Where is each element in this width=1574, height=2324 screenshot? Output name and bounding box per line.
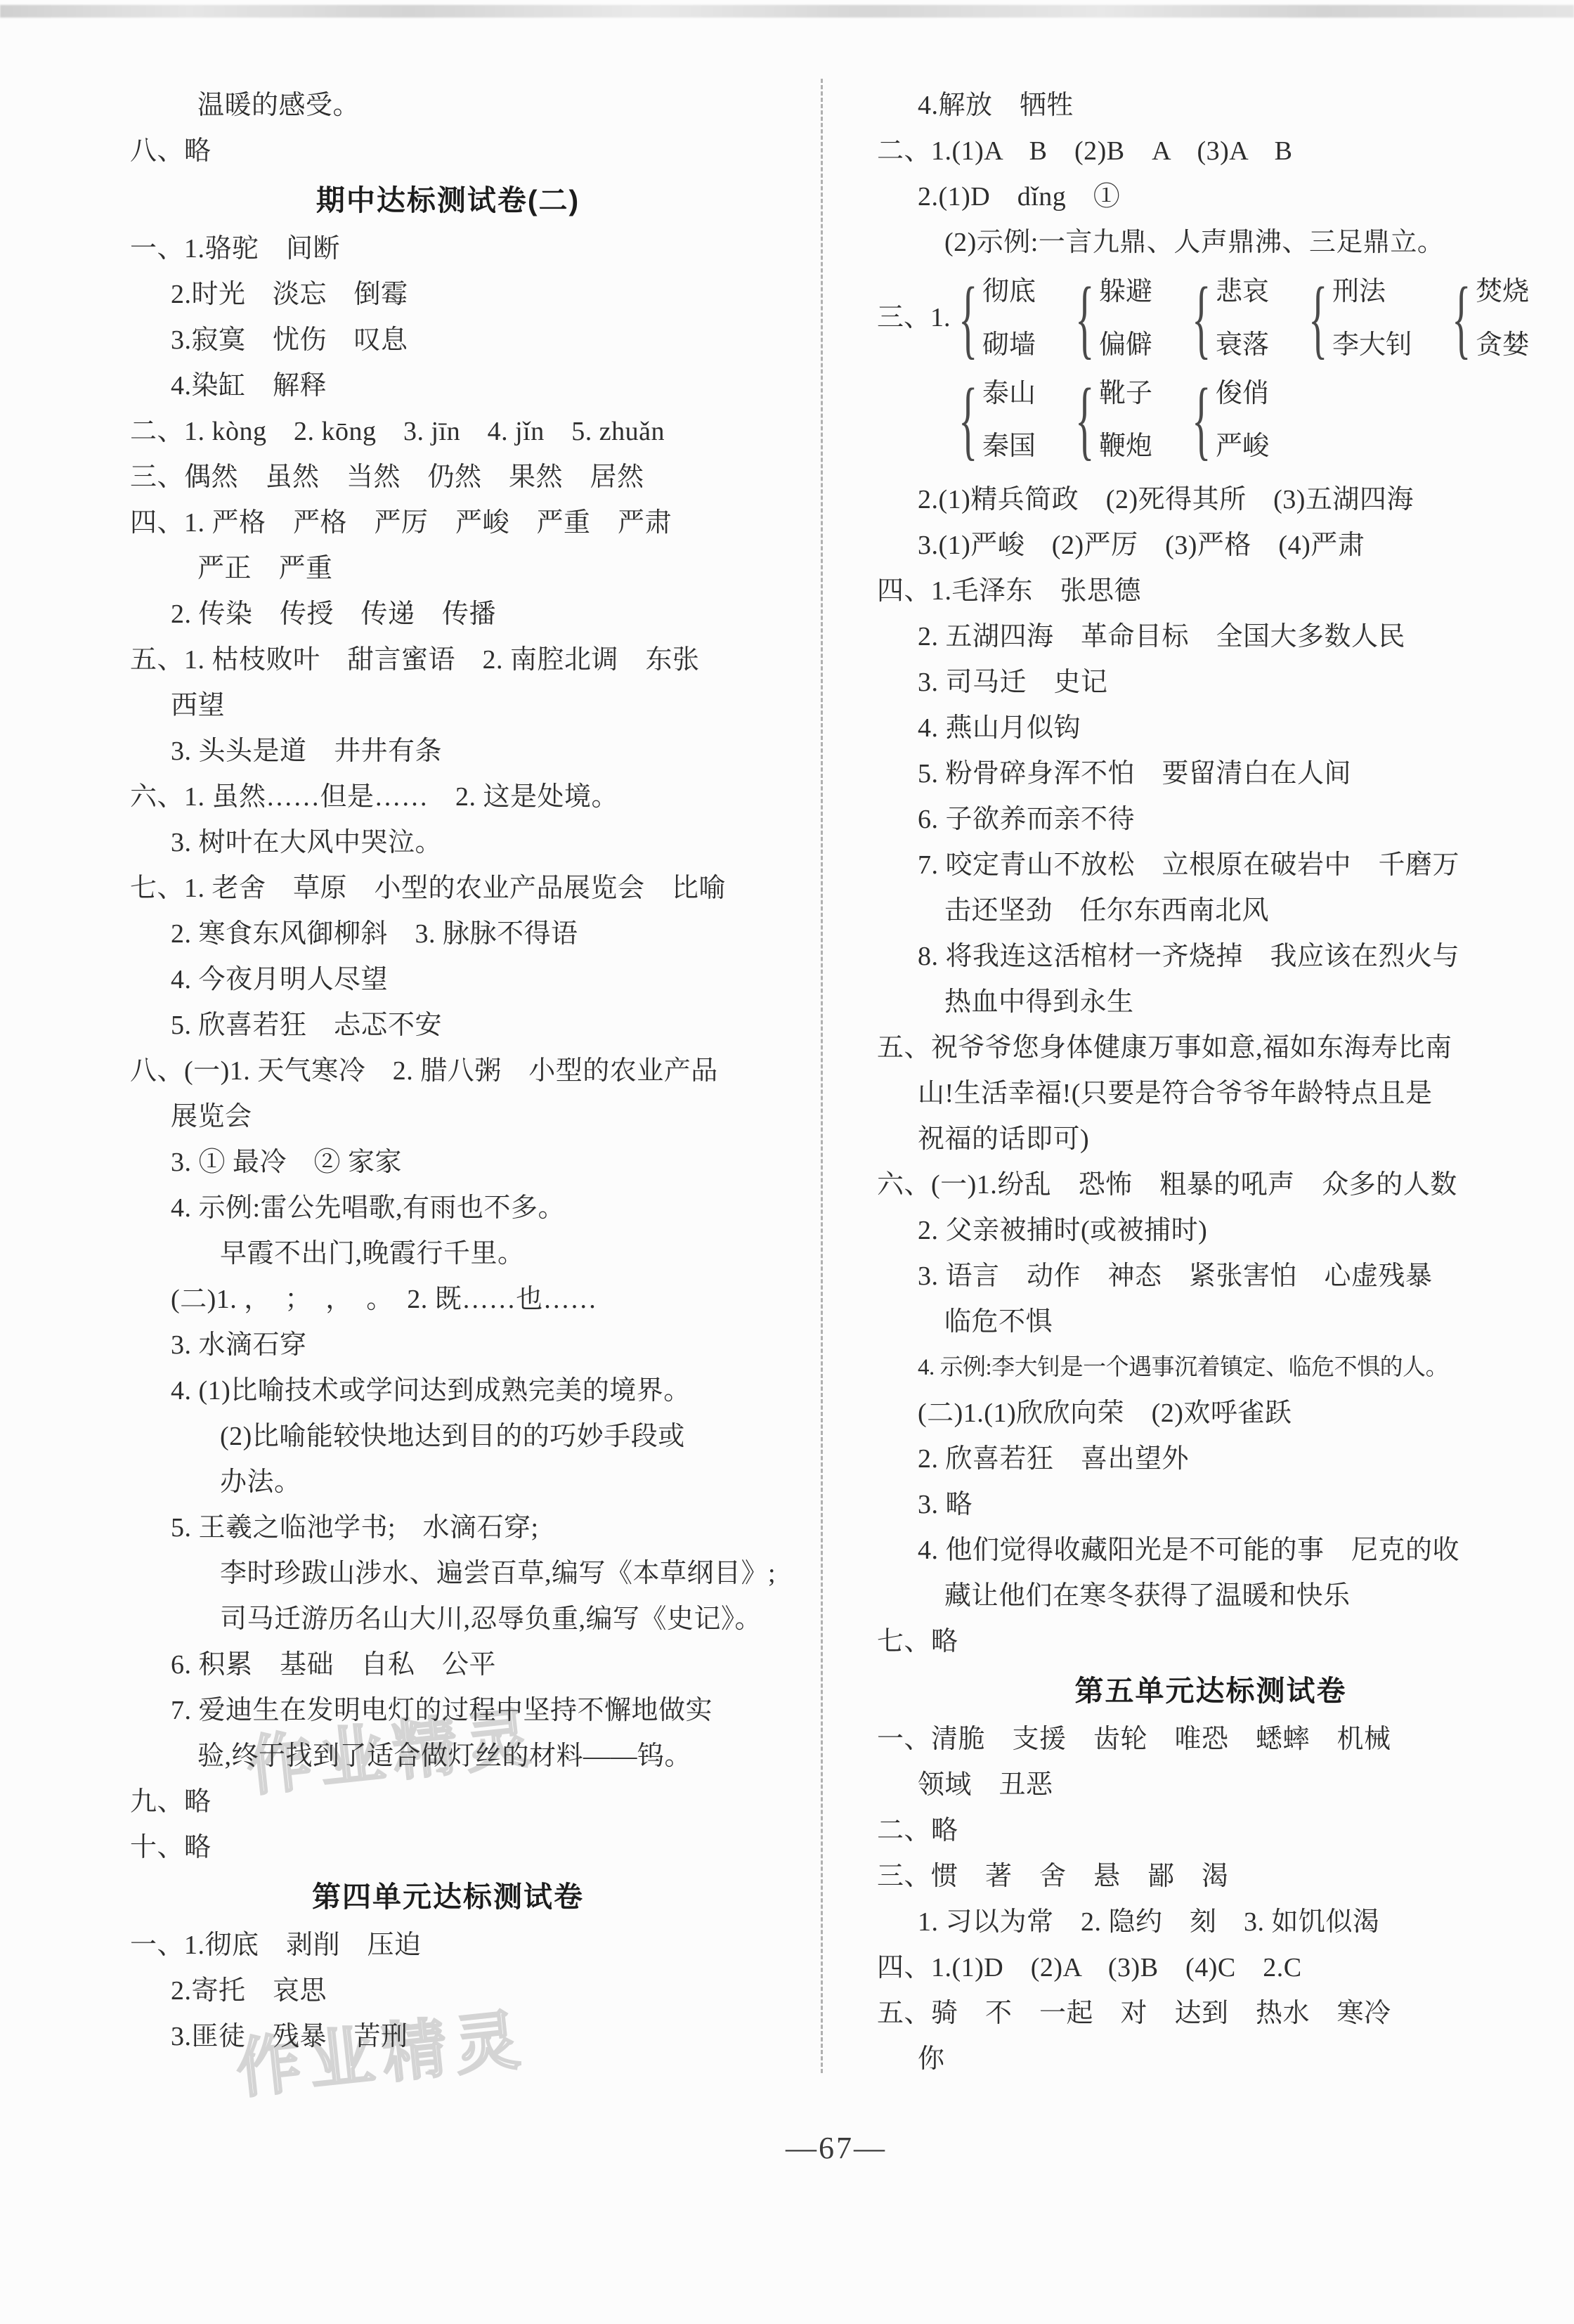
answer-line: 5. 王羲之临池学书; 水滴石穿; [130, 1505, 766, 1551]
answer-line: 3. 语言 动作 神态 紧张害怕 心虚残暴 [877, 1254, 1544, 1299]
answer-line: 办法。 [130, 1460, 766, 1505]
answer-line: 2. 五湖四海 革命目标 全国大多数人民 [877, 614, 1544, 660]
answer-line: 4.染缸 解释 [130, 363, 766, 409]
left-brace-glyph: { [1452, 273, 1466, 365]
word-pair-matching-block: 三、1. { 彻底 砌墙 { 躲避 [877, 273, 1544, 467]
word-top: 焚烧 [1476, 277, 1529, 308]
answer-line: 2. 欣喜若狂 喜出望外 [877, 1436, 1544, 1482]
answer-line: 九、略 [130, 1779, 766, 1825]
answer-line: 五、骑 不 一起 对 达到 热水 寒冷 [877, 1991, 1544, 2037]
answer-line: 2.(1)精兵简政 (2)死得其所 (3)五湖四海 [877, 477, 1544, 523]
right-column-top-lines: 4.解放 牺牲 二、1.(1)A B (2)B A (3)A B 2.(1)D … [877, 83, 1544, 266]
word-top: 泰山 [982, 379, 1036, 410]
answer-line: 第五单元达标测试卷 [877, 1665, 1544, 1717]
answer-line: 三、偶然 虽然 当然 仍然 果然 居然 [130, 455, 766, 500]
answer-line: 六、(一)1.纷乱 恐怖 粗暴的吼声 众多的人数 [877, 1162, 1544, 1208]
word-top: 刑法 [1332, 277, 1412, 308]
answer-line: 二、1. kòng 2. kōng 3. jīn 4. jǐn 5. zhuǎn [130, 409, 766, 455]
answer-line: 2.(1)D dǐng ① [877, 174, 1544, 220]
answer-line: 山!生活幸福!(只要是符合爷爷年龄特点且是 [877, 1071, 1544, 1117]
left-brace-glyph: { [958, 273, 973, 365]
left-brace-glyph: { [1075, 374, 1089, 467]
answer-line: 3.寂寞 忧伤 叹息 [130, 318, 766, 363]
word-pair: 泰山 秦国 [982, 379, 1036, 462]
answer-line: 三、惯 著 舍 悬 鄙 渴 [877, 1854, 1544, 1900]
right-column-bottom-lines: 2.(1)精兵简政 (2)死得其所 (3)五湖四海 3.(1)严峻 (2)严厉 … [877, 477, 1544, 2082]
answer-line: 西望 [130, 683, 766, 729]
right-column: 4.解放 牺牲 二、1.(1)A B (2)B A (3)A B 2.(1)D … [877, 83, 1544, 2082]
answer-line: 4. 今夜月明人尽望 [130, 957, 766, 1003]
word-pair: 刑法 李大钊 [1332, 277, 1412, 361]
answer-line: 4. 燕山月似钩 [877, 706, 1544, 751]
answer-line: 八、(一)1. 天气寒冷 2. 腊八粥 小型的农业产品 [130, 1049, 766, 1094]
answer-line: (2)比喻能较快地达到目的的巧妙手段或 [130, 1414, 766, 1460]
column-divider [821, 79, 823, 2073]
answer-line: 5. 粉骨碎身浑不怕 要留清白在人间 [877, 751, 1544, 797]
answer-line: (2)示例:一言九鼎、人声鼎沸、三足鼎立。 [877, 220, 1544, 266]
word-pair-group: { 俊俏 严峻 [1189, 374, 1269, 467]
word-pair-group: { 躲避 偏僻 [1072, 273, 1152, 365]
answer-line: 4.解放 牺牲 [877, 83, 1544, 129]
word-pair: 躲避 偏僻 [1099, 277, 1152, 361]
word-bottom: 秦国 [982, 431, 1036, 462]
answer-line: 早霞不出门,晚霞行千里。 [130, 1231, 766, 1277]
scan-edge-top [0, 5, 1574, 18]
page-number-value: 67 [819, 2131, 854, 2165]
word-pair-group: { 焚烧 贪婪 [1449, 273, 1529, 365]
answer-line: 2. 寒食东风御柳斜 3. 脉脉不得语 [130, 911, 766, 957]
answer-line: 热血中得到永生 [877, 980, 1544, 1025]
answer-line: 祝福的话即可) [877, 1117, 1544, 1162]
answer-line: 司马迁游历名山大川,忍辱负重,编写《史记》。 [130, 1597, 766, 1642]
word-bottom: 衰落 [1216, 330, 1269, 361]
answer-line: 二、1.(1)A B (2)B A (3)A B [877, 129, 1544, 174]
answer-line: 4. (1)比喻技术或学问达到成熟完美的境界。 [130, 1368, 766, 1414]
answer-line: 六、1. 虽然……但是…… 2. 这是处境。 [130, 774, 766, 820]
answer-line: 3.(1)严峻 (2)严厉 (3)严格 (4)严肃 [877, 523, 1544, 569]
answer-line: 一、1.骆驼 间断 [130, 226, 766, 272]
word-pair: 焚烧 贪婪 [1476, 277, 1529, 361]
word-bottom: 贪婪 [1476, 330, 1529, 361]
answer-line: 你 [877, 2037, 1544, 2082]
word-top: 彻底 [982, 277, 1036, 308]
answer-line: 7. 爱迪生在发明电灯的过程中坚持不懈地做实 [130, 1688, 766, 1734]
answer-line: 期中达标测试卷(二) [130, 174, 766, 226]
word-top: 悲哀 [1216, 277, 1269, 308]
word-pair-group: { 彻底 砌墙 [956, 273, 1036, 365]
answer-line: 严正 严重 [130, 546, 766, 592]
word-top: 躲避 [1099, 277, 1152, 308]
word-bottom: 严峻 [1216, 431, 1269, 462]
answer-line: 3. 略 [877, 1482, 1544, 1528]
answer-line: 2. 父亲被捕时(或被捕时) [877, 1208, 1544, 1254]
answer-line: 1. 习以为常 2. 隐约 刻 3. 如饥似渴 [877, 1900, 1544, 1945]
left-brace-glyph: { [1192, 273, 1206, 365]
word-pair-group: { 悲哀 衰落 [1189, 273, 1269, 365]
left-brace-glyph: { [1308, 273, 1322, 365]
answer-line: 2.寄托 哀思 [130, 1968, 766, 2014]
answer-line: 四、1. 严格 严格 严厉 严峻 严重 严肃 [130, 500, 766, 546]
word-top: 靴子 [1099, 379, 1152, 410]
answer-line: 李时珍跋山涉水、遍尝百草,编写《本草纲目》; [130, 1551, 766, 1597]
answer-line: 3. ① 最冷 ② 家家 [130, 1140, 766, 1186]
answer-line: 4. 他们觉得收藏阳光是不可能的事 尼克的收 [877, 1528, 1544, 1573]
page-number-dash: — [786, 2131, 819, 2165]
answer-line: 击还坚劲 任尔东西南北风 [877, 888, 1544, 934]
answer-line: 3.匪徒 残暴 苦刑 [130, 2014, 766, 2060]
answer-line: 验,终于找到了适合做灯丝的材料——钨。 [130, 1734, 766, 1779]
answer-line: 6. 积累 基础 自私 公平 [130, 1642, 766, 1688]
word-bottom: 偏僻 [1099, 330, 1152, 361]
answer-line: 2.时光 淡忘 倒霉 [130, 272, 766, 318]
word-pair-row: { 彻底 砌墙 { 躲避 偏僻 [956, 273, 1544, 365]
answer-line: 四、1.(1)D (2)A (3)B (4)C 2.C [877, 1945, 1544, 1991]
answer-line: (二)1. ， ； ， 。 2. 既……也…… [130, 1277, 766, 1323]
answer-line: 二、略 [877, 1808, 1544, 1854]
answer-line: 领域 丑恶 [877, 1763, 1544, 1808]
answer-line: 3. 树叶在大风中哭泣。 [130, 820, 766, 866]
word-pair-group: { 泰山 秦国 [956, 374, 1036, 467]
answer-line: (二)1.(1)欣欣向荣 (2)欢呼雀跃 [877, 1391, 1544, 1436]
left-brace-glyph: { [1192, 374, 1206, 467]
answer-line: 藏让他们在寒冬获得了温暖和快乐 [877, 1573, 1544, 1619]
word-top: 俊俏 [1216, 379, 1269, 410]
answer-line: 3. 司马迁 史记 [877, 660, 1544, 706]
left-column: 温暖的感受。 八、略 期中达标测试卷(二) 一、1.骆驼 间断 2.时光 淡忘 … [130, 83, 766, 2060]
answer-line: 4. 示例:李大钊是一个遇事沉着镇定、临危不惧的人。 [877, 1345, 1544, 1391]
answer-line: 3. 头头是道 井井有条 [130, 729, 766, 774]
word-pair-group: { 刑法 李大钊 [1306, 273, 1412, 365]
word-bottom: 砌墙 [982, 330, 1036, 361]
answer-line: 临危不惧 [877, 1299, 1544, 1345]
page-number: —67— [746, 2094, 887, 2202]
answer-line: 五、祝爷爷您身体健康万事如意,福如东海寿比南 [877, 1025, 1544, 1071]
answer-line: 4. 示例:雷公先唱歌,有雨也不多。 [130, 1186, 766, 1231]
answer-line: 一、清脆 支援 齿轮 唯恐 蟋蟀 机械 [877, 1717, 1544, 1763]
word-pair: 悲哀 衰落 [1216, 277, 1269, 361]
word-pair: 彻底 砌墙 [982, 277, 1036, 361]
question-label: 三、1. [877, 295, 951, 334]
answer-line: 温暖的感受。 [130, 83, 766, 129]
left-brace-glyph: { [958, 374, 973, 467]
answer-line: 7. 咬定青山不放松 立根原在破岩中 千磨万 [877, 843, 1544, 888]
word-bottom: 李大钊 [1332, 330, 1412, 361]
page-number-dash: — [854, 2131, 887, 2165]
word-bottom: 鞭炮 [1099, 431, 1152, 462]
answer-line: 2. 传染 传授 传递 传播 [130, 592, 766, 637]
word-pair-row: { 泰山 秦国 { 靴子 鞭炮 [956, 374, 1544, 467]
answer-line: 6. 子欲养而亲不待 [877, 797, 1544, 843]
answer-line: 五、1. 枯枝败叶 甜言蜜语 2. 南腔北调 东张 [130, 637, 766, 683]
answer-line: 七、略 [877, 1619, 1544, 1665]
answer-line: 展览会 [130, 1094, 766, 1140]
left-brace-glyph: { [1075, 273, 1089, 365]
answer-line: 十、略 [130, 1825, 766, 1871]
answer-line: 四、1.毛泽东 张思德 [877, 569, 1544, 614]
word-pair: 俊俏 严峻 [1216, 379, 1269, 462]
answer-line: 第四单元达标测试卷 [130, 1871, 766, 1923]
word-pair: 靴子 鞭炮 [1099, 379, 1152, 462]
answer-line: 一、1.彻底 剥削 压迫 [130, 1923, 766, 1968]
answer-line: 5. 欣喜若狂 忐忑不安 [130, 1003, 766, 1049]
answer-line: 8. 将我连这活棺材一齐烧掉 我应该在烈火与 [877, 934, 1544, 980]
answer-line: 3. 水滴石穿 [130, 1323, 766, 1368]
word-pair-group: { 靴子 鞭炮 [1072, 374, 1152, 467]
answer-line: 七、1. 老舍 草原 小型的农业产品展览会 比喻 [130, 866, 766, 911]
answer-line: 八、略 [130, 129, 766, 174]
